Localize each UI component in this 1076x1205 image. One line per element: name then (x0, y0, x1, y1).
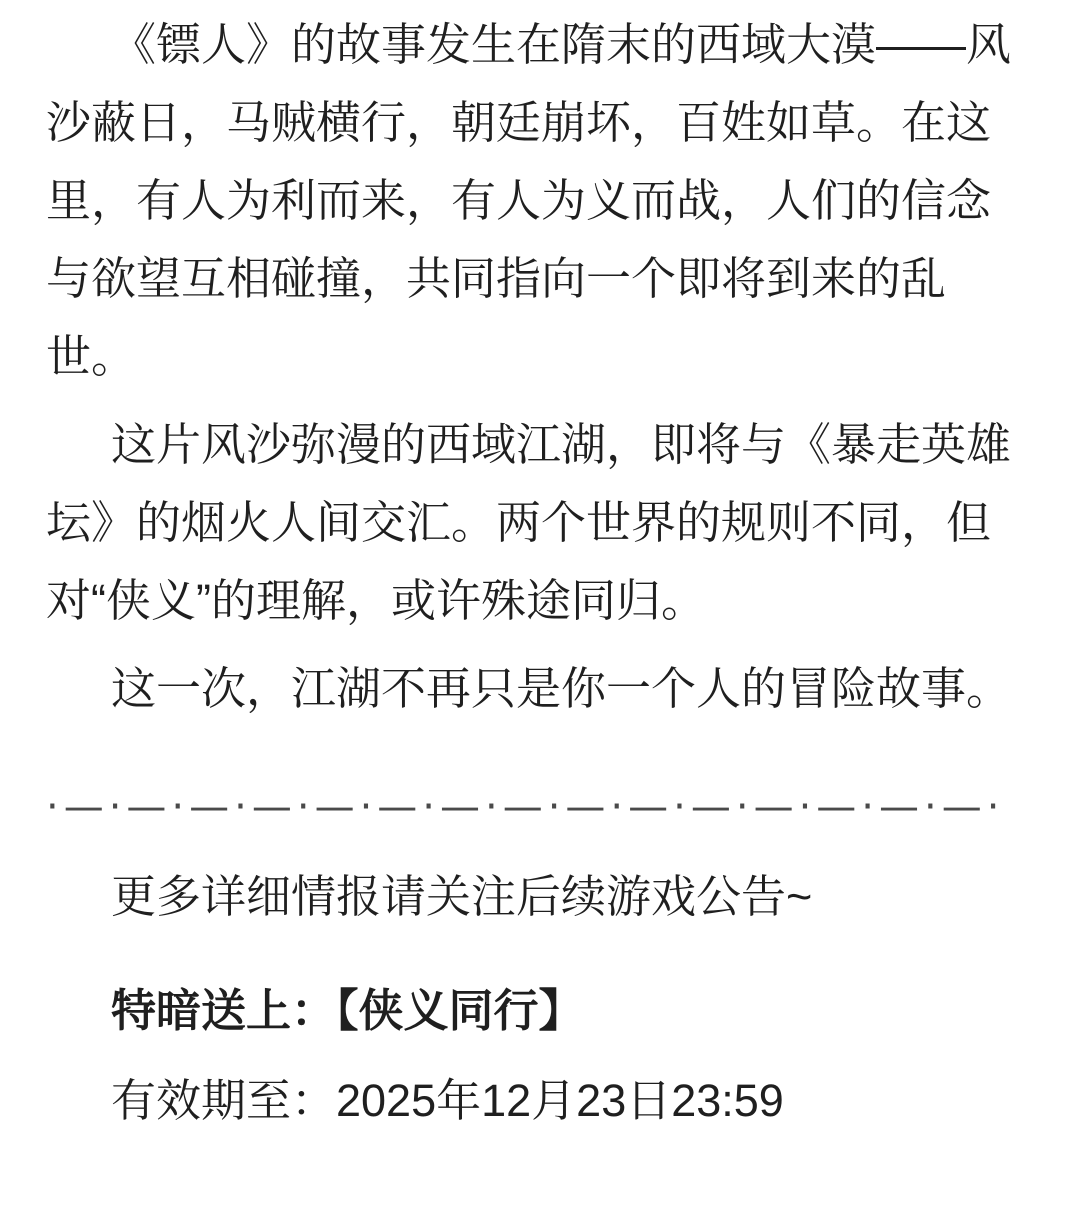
gift-code-text: 特暗送上：【侠义同行】 (46, 972, 1030, 1050)
story-paragraph-3: 这一次，江湖不再只是你一个人的冒险故事。 (46, 650, 1030, 728)
dotted-divider: ·—·—·—·—·—·—·—·—·—·—·—·—·—·—·—· (46, 768, 1030, 846)
validity-text: 有效期至：2025年12月23日23:59 (46, 1062, 1030, 1140)
story-paragraph-1: 《镖人》的故事发生在隋末的西域大漠——风沙蔽日，马贼横行，朝廷崩坏，百姓如草。在… (46, 6, 1030, 396)
notice-text: 更多详细情报请关注后续游戏公告~ (46, 858, 1030, 936)
story-paragraph-2: 这片风沙弥漫的西域江湖，即将与《暴走英雄坛》的烟火人间交汇。两个世界的规则不同，… (46, 406, 1030, 640)
announcement-page: 《镖人》的故事发生在隋末的西域大漠——风沙蔽日，马贼横行，朝廷崩坏，百姓如草。在… (0, 0, 1076, 1205)
